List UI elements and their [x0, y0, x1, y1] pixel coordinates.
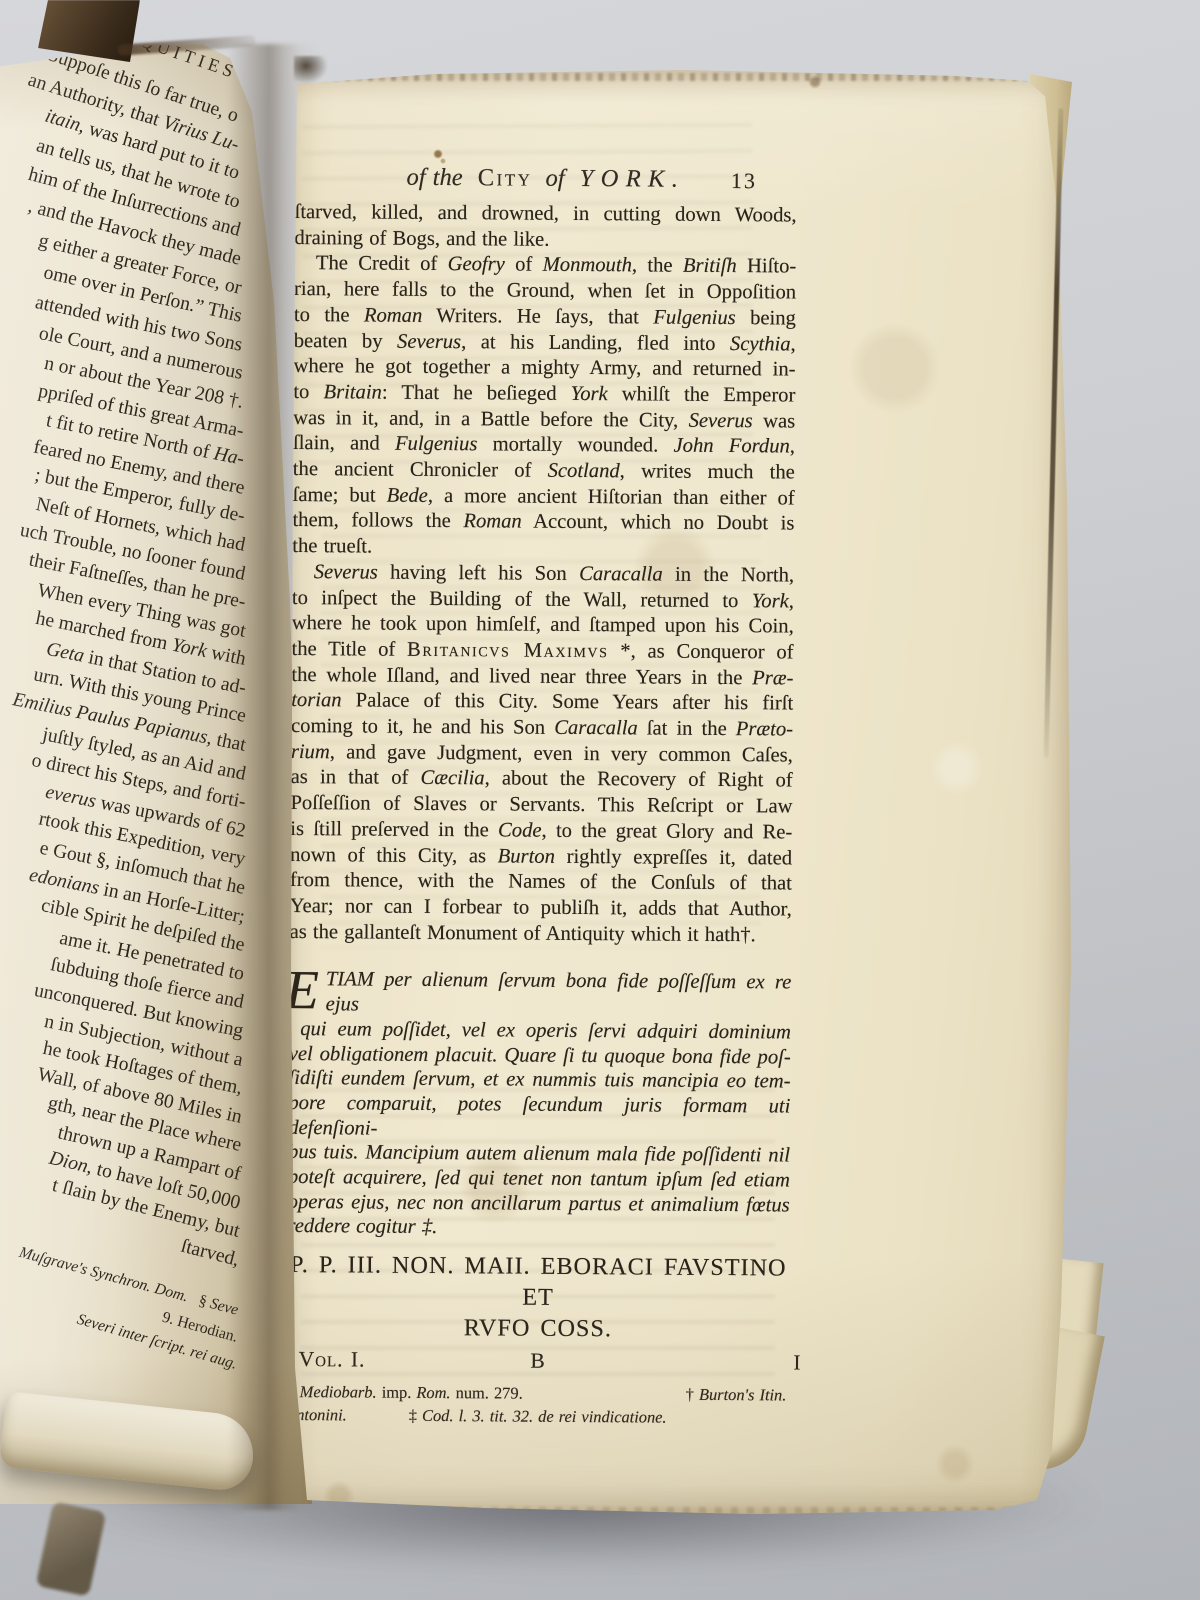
- left-page-text: and ANTIQUITIESSuppoſe this ſo far true,…: [0, 58, 236, 1378]
- text-segment: Burton: [498, 845, 555, 867]
- text-segment: Cæcilia: [420, 767, 484, 789]
- deckle-edge-top: [299, 73, 1039, 81]
- text-line: reddere cogitur ‡.: [287, 1214, 789, 1242]
- text-segment: Monmouth: [543, 254, 632, 277]
- text-segment: Scotland: [548, 460, 620, 483]
- text-line: torian Palace of this City. Some Years a…: [291, 688, 793, 717]
- text-segment: Ha-: [212, 443, 246, 470]
- footnote-row: * Mediobarb. imp. Rom. num. 279.† Burton…: [286, 1381, 788, 1407]
- text-segment: Caracalla: [554, 717, 638, 740]
- text-segment: itain: [43, 106, 83, 136]
- text-segment: , to the great Glory and Re-: [541, 820, 792, 844]
- text-line: the ancient Chronicler of Scotland, writ…: [293, 457, 795, 486]
- text-line: Severus having left his Son Caracalla in…: [292, 560, 794, 589]
- text-line: beaten by Severus, at his Landing, fled …: [294, 329, 796, 358]
- text-segment: : That he beſieged: [382, 382, 571, 405]
- text-segment: as in that of: [291, 766, 421, 789]
- text-line: Year; nor can I forbear to publiſh it, a…: [290, 894, 792, 923]
- text-segment: York: [571, 383, 608, 405]
- page-text-column: of the City of YORK. 13 ſtarved, killed,…: [286, 160, 797, 1429]
- text-segment: Cod. l. 3. tit. 32. de rei vindicatione.: [422, 1405, 667, 1426]
- text-line: where he got together a mighty Army, and…: [293, 354, 795, 383]
- text-segment: Severus: [397, 330, 461, 352]
- text-segment: was in it, and, in a Battle before the C…: [293, 407, 689, 432]
- footnote-row: Antonini.‡ Cod. l. 3. tit. 32. de rei vi…: [286, 1404, 788, 1430]
- header-city: City: [478, 164, 533, 191]
- text-segment: to: [293, 381, 323, 403]
- text-segment: where he took upon himſelf, and ſtamped …: [292, 612, 794, 638]
- text-segment: TIAM per alienum ſervum bona fide poſſeſ…: [326, 969, 792, 1016]
- text-segment: York: [170, 635, 209, 662]
- text-segment: , writes much the: [620, 460, 795, 483]
- text-segment: Britain: [323, 381, 382, 403]
- text-line: nown of this City, as Burton rightly exp…: [290, 843, 792, 872]
- footnotes: * Mediobarb. imp. Rom. num. 279.† Burton…: [286, 1381, 788, 1429]
- text-segment: whilſt the Emperor: [608, 383, 796, 406]
- catchword: I: [793, 1348, 800, 1378]
- text-line: ſlain, and Fulgenius mortally wounded. J…: [293, 431, 795, 460]
- text-line: where he took upon himſelf, and ſtamped …: [292, 611, 794, 640]
- text-segment: to inſpect the Building of the Wall, ret…: [292, 587, 752, 612]
- text-segment: Year; nor can I forbear to publiſh it, a…: [290, 895, 792, 921]
- text-segment: , the: [632, 255, 683, 277]
- text-segment: pore comparuit, potes ſecundum juris for…: [288, 1092, 790, 1139]
- signature-mark: B: [530, 1346, 545, 1376]
- right-page: of the City of YORK. 13 ſtarved, killed,…: [255, 68, 1073, 1518]
- text-segment: John Fordun: [673, 435, 789, 458]
- consular-line: RVFO COSS.: [287, 1311, 789, 1346]
- text-line: rium, and gave Judgment, even in very co…: [291, 740, 793, 769]
- running-header: of the City of YORK. 13: [295, 160, 797, 198]
- text-line: the trueſt.: [292, 534, 794, 563]
- consular-dateline: P. P. III. NON. MAII. EBORACI FAVSTINO E…: [287, 1249, 790, 1346]
- text-segment: , a more ancient Hiſtorian than either o…: [428, 485, 795, 510]
- page-number: 13: [731, 164, 757, 198]
- text-segment: Scythia: [730, 333, 791, 355]
- text-line: the whole Iſland, and lived near three Y…: [291, 663, 793, 692]
- text-segment: The Credit of: [316, 253, 448, 276]
- text-segment: Geofry: [448, 253, 505, 275]
- text-segment: Britanicvs Maximvs: [407, 639, 609, 662]
- text-line: operas ejus, nec non ancillarum partus e…: [288, 1190, 790, 1218]
- photo-of-open-book: and ANTIQUITIESSuppoſe this ſo far true,…: [0, 0, 1200, 1600]
- text-segment: having left his Son: [378, 561, 579, 584]
- text-segment: Writers. He ſays, that: [422, 305, 653, 329]
- text-line: them, follows the Roman Account, which n…: [292, 508, 794, 537]
- text-segment: , at his Landing, fled into: [461, 331, 730, 355]
- text-segment: from thence, with the Names of the Conſu…: [290, 869, 792, 895]
- text-segment: of: [505, 254, 543, 276]
- text-line: to Britain: That he beſieged York whilſt…: [293, 380, 795, 409]
- text-segment: Severus: [689, 409, 753, 431]
- text-segment: was: [753, 410, 796, 432]
- text-segment: Bede: [387, 484, 428, 506]
- text-line: ſtarved, killed, and drowned, in cutting…: [295, 200, 797, 229]
- text-segment: Burton's Itin.: [699, 1385, 787, 1405]
- text-segment: torian: [291, 689, 342, 711]
- paragraph: ſtarved, killed, and drowned, in cutting…: [294, 200, 796, 255]
- text-segment: as the gallanteſt Monument of Antiquity …: [290, 921, 756, 946]
- text-segment: vel obligationem placuit. Quare ſi tu qu…: [289, 1042, 791, 1068]
- text-line: was in it, and, in a Battle before the C…: [293, 406, 795, 435]
- text-segment: Account, which no Doubt is: [522, 511, 795, 535]
- text-segment: nown of this City, as: [290, 844, 498, 867]
- text-segment: ſlain, and: [293, 432, 395, 455]
- text-segment: the ancient Chronicler of: [293, 458, 548, 482]
- text-segment: ſame; but: [293, 484, 387, 507]
- text-segment: ‡: [409, 1405, 422, 1424]
- text-line: vel obligationem placuit. Quare ſi tu qu…: [289, 1041, 791, 1069]
- text-segment: ,: [790, 436, 795, 458]
- text-segment: rium: [291, 741, 330, 763]
- header-of-the: of the: [406, 164, 462, 191]
- text-segment: rightly expreſſes it, dated: [555, 845, 792, 869]
- binding-remnant: [36, 1501, 107, 1596]
- text-line: to inſpect the Building of the Wall, ret…: [292, 586, 794, 615]
- text-line: pore comparuit, potes ſecundum juris for…: [288, 1091, 790, 1144]
- text-segment: Fulgenius: [653, 306, 736, 329]
- text-segment: operas ejus, nec non ancillarum partus e…: [288, 1191, 790, 1217]
- text-line: rian, here falls to the Ground, when ſet…: [294, 277, 796, 306]
- header-of: of: [545, 165, 564, 192]
- text-segment: poteſt acquirere, ſed qui tenet non tant…: [288, 1166, 790, 1192]
- paragraph: The Credit of Geofry of Monmouth, the Br…: [292, 251, 796, 563]
- text-segment: Rom.: [416, 1383, 450, 1402]
- text-segment: , about the Recovery of Right of: [485, 768, 793, 792]
- paragraph: Severus having left his Son Caracalla in…: [290, 560, 795, 949]
- text-segment: Seve: [208, 1295, 240, 1319]
- text-segment: coming to it, he and his Son: [291, 715, 554, 739]
- text-segment: Roman: [364, 304, 422, 326]
- text-segment: the whole Iſland, and lived near three Y…: [291, 664, 752, 689]
- text-segment: Hiſto-: [737, 255, 797, 277]
- text-line: from thence, with the Names of the Conſu…: [290, 868, 792, 897]
- text-segment: †: [686, 1385, 699, 1404]
- text-segment: Præto-: [736, 718, 793, 740]
- text-segment: rian, here falls to the Ground, when ſet…: [294, 278, 796, 304]
- text-line: is ſtill preſerved in the Code, to the g…: [290, 817, 792, 846]
- text-segment: Palace of this City. Some Years after hi…: [342, 690, 794, 715]
- text-segment: is ſtill preſerved in the: [290, 818, 498, 841]
- text-line: the Title of Britanicvs Maximvs *, as Co…: [291, 637, 793, 666]
- header-york: YORK.: [580, 165, 686, 193]
- text-segment: ſtarved, killed, and drowned, in cutting…: [295, 201, 797, 227]
- text-segment: them, follows the: [292, 509, 463, 532]
- text-segment: being: [736, 307, 796, 329]
- consular-line: P. P. III. NON. MAII. EBORACI FAVSTINO E…: [287, 1249, 789, 1315]
- text-segment: Geta: [45, 639, 86, 667]
- text-segment: imp.: [377, 1383, 417, 1402]
- body-text: ſtarved, killed, and drowned, in cutting…: [290, 200, 797, 949]
- gutter-notch: [294, 56, 328, 84]
- text-segment: reddere cogitur ‡.: [287, 1215, 437, 1238]
- text-segment: Britiſh: [683, 255, 737, 277]
- text-segment: draining of Bogs, and the like.: [294, 227, 549, 251]
- text-segment: Præ-: [752, 667, 793, 689]
- text-segment: Roman: [463, 511, 521, 533]
- text-line: TIAM per alienum ſervum bona fide poſſeſ…: [289, 967, 791, 1020]
- text-segment: Mediobarb.: [300, 1382, 377, 1402]
- text-segment: with: [205, 642, 248, 670]
- text-segment: num. 279.: [451, 1383, 523, 1403]
- text-line: as the gallanteſt Monument of Antiquity …: [290, 920, 792, 949]
- volume-label: Vol. I.: [299, 1347, 366, 1371]
- text-line: draining of Bogs, and the like.: [294, 226, 796, 255]
- text-line: as in that of Cæcilia, about the Recover…: [291, 765, 793, 794]
- text-segment: where he got together a mighty Army, and…: [293, 355, 795, 381]
- text-segment: ſat in the: [638, 717, 736, 740]
- text-line: bus tuis. Mancipium autem alienum mala f…: [288, 1140, 790, 1168]
- text-segment: Severus: [314, 561, 378, 583]
- text-line: ſidiſti eundem ſervum, et ex nummis tuis…: [289, 1066, 791, 1094]
- text-line: ſame; but Bede, a more ancient Hiſtorian…: [293, 483, 795, 512]
- text-segment: ſidiſti eundem ſervum, et ex nummis tuis…: [289, 1067, 791, 1093]
- text-line: coming to it, he and his Son Caracalla ſ…: [291, 714, 793, 743]
- text-line: poteſt acquirere, ſed qui tenet non tant…: [288, 1165, 790, 1193]
- text-segment: York: [752, 590, 789, 612]
- text-segment: beaten by: [294, 330, 397, 353]
- signature-line: Vol. I. B I: [287, 1344, 789, 1378]
- latin-rescript-block: E TIAM per alienum ſervum bona fide poſſ…: [287, 967, 791, 1242]
- text-segment: the trueſt.: [292, 535, 372, 558]
- text-line: Poſſeſſion of Slaves or Servants. This R…: [290, 791, 792, 820]
- text-segment: *, as Conqueror of: [608, 640, 793, 663]
- text-line: The Credit of Geofry of Monmouth, the Br…: [294, 251, 796, 280]
- text-segment: to the: [294, 304, 364, 326]
- text-segment: qui eum poſſidet, vel ex operis ſervi ad…: [300, 1018, 791, 1043]
- text-segment: Caracalla: [579, 563, 663, 586]
- text-segment: , and gave Judgment, even in very common…: [330, 741, 793, 766]
- text-segment: Code: [498, 819, 542, 841]
- text-line: to the Roman Writers. He ſays, that Fulg…: [294, 303, 796, 332]
- text-segment: , that: [205, 728, 248, 756]
- text-line: qui eum poſſidet, vel ex operis ſervi ad…: [289, 1017, 791, 1045]
- text-segment: Fulgenius: [395, 433, 478, 456]
- text-segment: ,: [790, 333, 795, 355]
- left-page: and ANTIQUITIESSuppoſe this ſo far true,…: [0, 42, 312, 1504]
- text-segment: in the North,: [663, 563, 795, 586]
- text-segment: ,: [789, 590, 794, 612]
- text-segment: the Title of: [292, 638, 408, 661]
- text-segment: mortally wounded.: [477, 434, 673, 457]
- text-segment: Poſſeſſion of Slaves or Servants. This R…: [290, 792, 792, 818]
- text-segment: bus tuis. Mancipium autem alienum mala f…: [288, 1141, 790, 1167]
